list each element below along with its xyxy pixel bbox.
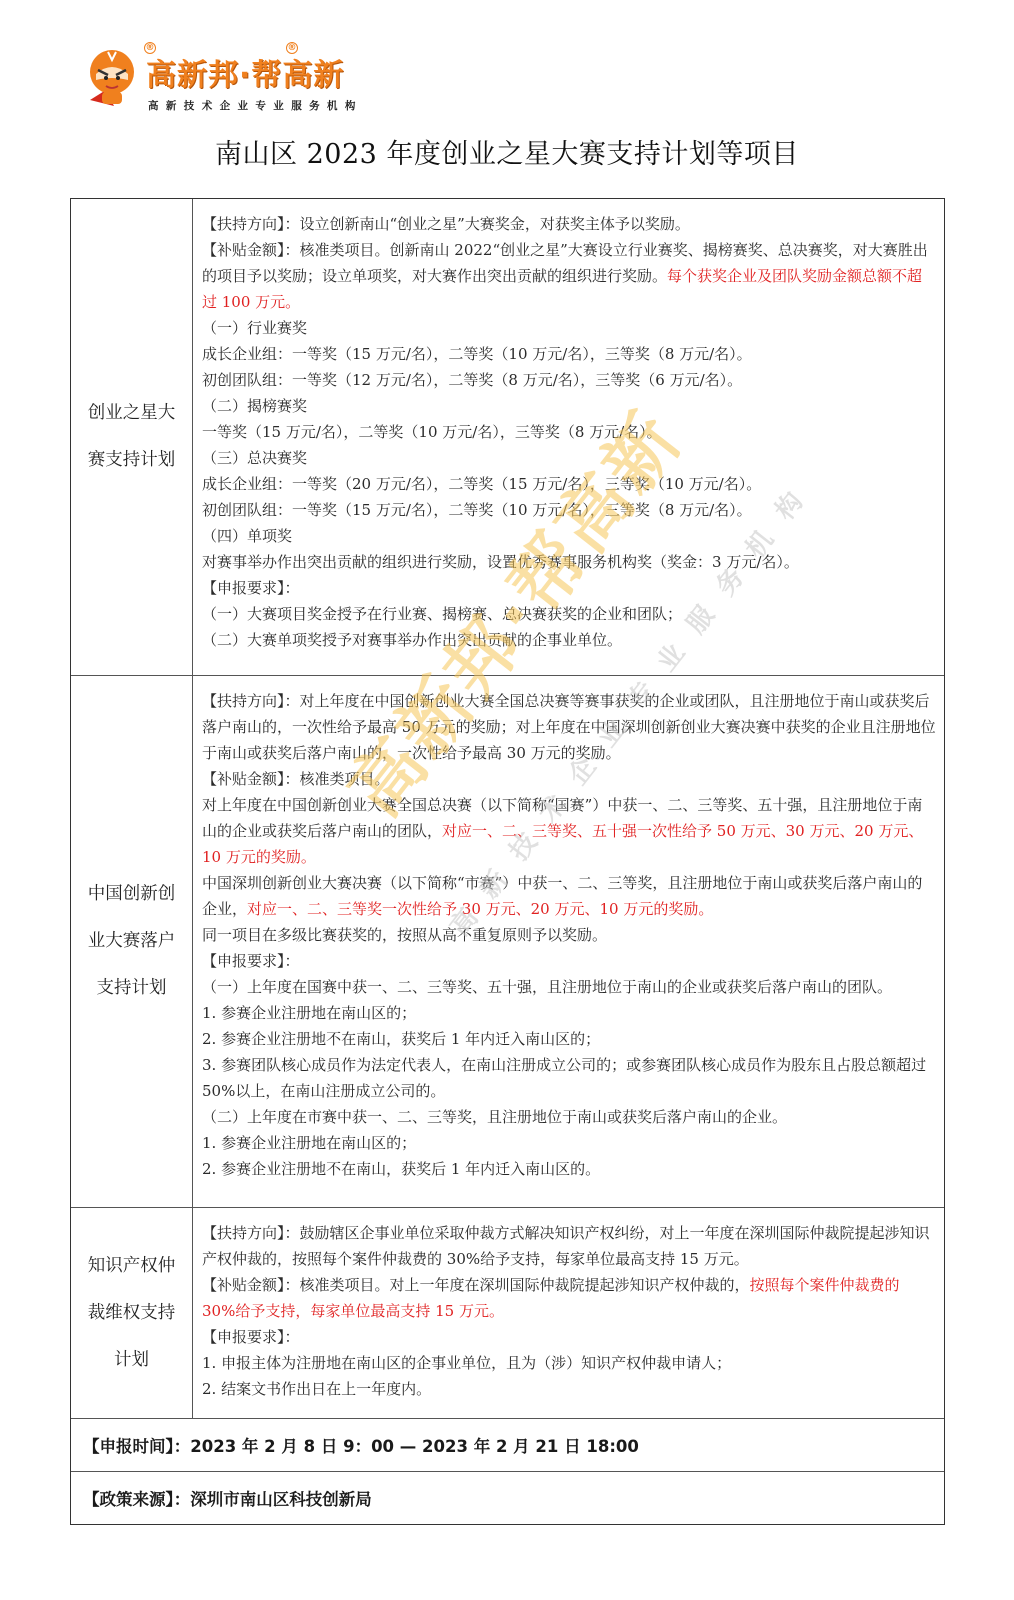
requirement-item: 2. 结案文书作出日在上一年度内。: [202, 1376, 936, 1402]
support-direction: 【扶持方向】：鼓励辖区企事业单位采取仲裁方式解决知识产权纠纷，对上一年度在深圳国…: [202, 1220, 936, 1272]
table-row: 中国创新创业大赛落户支持计划 【扶持方向】：对上年度在中国创新创业大赛全国总决赛…: [71, 676, 944, 1208]
requirement-item: （一）上年度在国赛中获一、二、三等奖、五十强，且注册地位于南山的企业或获奖后落户…: [202, 974, 936, 1000]
policy-source: 【政策来源】：深圳市南山区科技创新局: [83, 1486, 372, 1510]
award-line: 成长企业组：一等奖（20 万元/名），二等奖（15 万元/名），三等奖（10 万…: [202, 471, 936, 497]
requirement-item: 2. 参赛企业注册地不在南山，获奖后 1 年内迁入南山区的。: [202, 1156, 936, 1182]
award-line: 初创团队组：一等奖（15 万元/名），二等奖（10 万元/名），三等奖（8 万元…: [202, 497, 936, 523]
requirements-heading: 【申报要求】：: [202, 948, 936, 974]
subsidy-text: 【补贴金额】：核准类项目。对上一年度在深圳国际仲裁院提起涉知识产权仲裁的，: [202, 1276, 750, 1294]
program-name-cell: 知识产权仲裁维权支持计划: [71, 1208, 193, 1418]
requirements-heading: 【申报要求】：: [202, 575, 936, 601]
requirement-item: 1. 参赛企业注册地在南山区的；: [202, 1130, 936, 1156]
program-details-cell: 【扶持方向】：对上年度在中国创新创业大赛全国总决赛等赛事获奖的企业或团队，且注册…: [193, 676, 944, 1207]
award-line: 成长企业组：一等奖（15 万元/名），二等奖（10 万元/名），三等奖（8 万元…: [202, 341, 936, 367]
table-row: 创业之星大赛支持计划 【扶持方向】：设立创新南山“创业之星”大赛奖金，对获奖主体…: [71, 199, 944, 676]
city-award-line: 中国深圳创新创业大赛决赛（以下简称“市赛”）中获一、二、三等奖，且注册地位于南山…: [202, 870, 936, 922]
highlighted-text: 对应一、二、三等奖一次性给予 30 万元、20 万元、10 万元的奖励。: [247, 900, 713, 918]
support-direction: 【扶持方向】：设立创新南山“创业之星”大赛奖金，对获奖主体予以奖励。: [202, 211, 936, 237]
table-row: 知识产权仲裁维权支持计划 【扶持方向】：鼓励辖区企事业单位采取仲裁方式解决知识产…: [71, 1208, 944, 1419]
award-line: 一等奖（15 万元/名），二等奖（10 万元/名），三等奖（8 万元/名）。: [202, 419, 936, 445]
rule-line: 同一项目在多级比赛获奖的，按照从高不重复原则予以奖励。: [202, 922, 936, 948]
brand-name: 高新邦·帮高新: [146, 50, 344, 94]
brand-tagline: 高新技术企业专业服务机构: [148, 98, 363, 113]
section-heading: （三）总决赛奖: [202, 445, 936, 471]
policy-table: 创业之星大赛支持计划 【扶持方向】：设立创新南山“创业之星”大赛奖金，对获奖主体…: [70, 198, 945, 1525]
award-line: 初创团队组：一等奖（12 万元/名），二等奖（8 万元/名），三等奖（6 万元/…: [202, 367, 936, 393]
subsidy-amount: 【补贴金额】：核准类项目。对上一年度在深圳国际仲裁院提起涉知识产权仲裁的，按照每…: [202, 1272, 936, 1324]
requirement-item: （二）上年度在市赛中获一、二、三等奖，且注册地位于南山或获奖后落户南山的企业。: [202, 1104, 936, 1130]
mascot-icon: [84, 46, 142, 110]
requirement-item: （一）大赛项目奖金授予在行业赛、揭榜赛、总决赛获奖的企业和团队；: [202, 601, 936, 627]
award-line: 对赛事举办作出突出贡献的组织进行奖励，设置优秀赛事服务机构奖（奖金：3 万元/名…: [202, 549, 936, 575]
requirement-item: 3. 参赛团队核心成员作为法定代表人，在南山注册成立公司的；或参赛团队核心成员作…: [202, 1052, 936, 1104]
section-heading: （四）单项奖: [202, 523, 936, 549]
requirement-item: 1. 参赛企业注册地在南山区的；: [202, 1000, 936, 1026]
application-time-row: 【申报时间】：2023 年 2 月 8 日 9：00 — 2023 年 2 月 …: [71, 1419, 944, 1472]
section-heading: （一）行业赛奖: [202, 315, 936, 341]
support-direction: 【扶持方向】：对上年度在中国创新创业大赛全国总决赛等赛事获奖的企业或团队，且注册…: [202, 688, 936, 766]
brand-logo: ® ® 高新邦·帮高新 高新技术企业专业服务机构: [80, 38, 410, 118]
subsidy-amount: 【补贴金额】：核准类项目。创新南山 2022“创业之星”大赛设立行业赛奖、揭榜赛…: [202, 237, 936, 315]
requirement-item: （二）大赛单项奖授予对赛事举办作出突出贡献的企事业单位。: [202, 627, 936, 653]
program-details-cell: 【扶持方向】：设立创新南山“创业之星”大赛奖金，对获奖主体予以奖励。 【补贴金额…: [193, 199, 944, 675]
policy-source-row: 【政策来源】：深圳市南山区科技创新局: [71, 1472, 944, 1524]
program-name-cell: 中国创新创业大赛落户支持计划: [71, 676, 193, 1207]
requirement-item: 2. 参赛企业注册地不在南山，获奖后 1 年内迁入南山区的；: [202, 1026, 936, 1052]
program-details-cell: 【扶持方向】：鼓励辖区企事业单位采取仲裁方式解决知识产权纠纷，对上一年度在深圳国…: [193, 1208, 944, 1418]
requirements-heading: 【申报要求】：: [202, 1324, 936, 1350]
document-title: 南山区 2023 年度创业之星大赛支持计划等项目: [0, 132, 1014, 171]
application-time: 【申报时间】：2023 年 2 月 8 日 9：00 — 2023 年 2 月 …: [83, 1433, 639, 1457]
program-name-cell: 创业之星大赛支持计划: [71, 199, 193, 675]
subsidy-amount: 【补贴金额】：核准类项目。: [202, 766, 936, 792]
section-heading: （二）揭榜赛奖: [202, 393, 936, 419]
requirement-item: 1. 申报主体为注册地在南山区的企事业单位，且为（涉）知识产权仲裁申请人；: [202, 1350, 936, 1376]
national-award-line: 对上年度在中国创新创业大赛全国总决赛（以下简称“国赛”）中获一、二、三等奖、五十…: [202, 792, 936, 870]
